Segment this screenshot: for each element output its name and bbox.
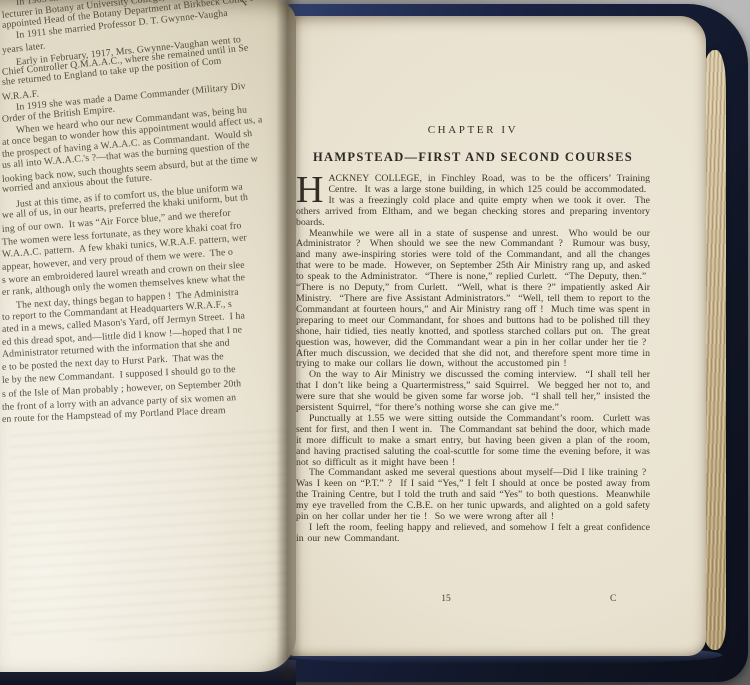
- page-showthrough: [10, 430, 290, 640]
- body-paragraph: HACKNEY COLLEGE, in Finchley Road, was t…: [296, 174, 650, 229]
- body-paragraph: The Commandant asked me several question…: [296, 468, 650, 523]
- page-number: 15: [296, 594, 596, 604]
- page-body: HACKNEY COLLEGE, in Finchley Road, was t…: [296, 174, 650, 545]
- gutter-shadow: [276, 0, 302, 680]
- book-photo: CHAPTER IV HAMPSTEAD—FIRST AND SECOND CO…: [0, 0, 750, 685]
- body-paragraph: I left the room, feeling happy and relie…: [296, 523, 650, 545]
- right-page: CHAPTER IV HAMPSTEAD—FIRST AND SECOND CO…: [288, 16, 706, 656]
- paragraph-text: ACKNEY COLLEGE, in Finchley Road, was to…: [296, 173, 650, 228]
- chapter-title: HAMPSTEAD—FIRST AND SECOND COURSES: [296, 150, 650, 165]
- body-paragraph: Meanwhile we were all in a state of susp…: [296, 229, 650, 371]
- body-paragraph: Punctually at 1.55 we were sitting outsi…: [296, 414, 650, 469]
- left-page: FORCE In 1905 she was Demonstrator at Ro…: [0, 0, 296, 672]
- running-header-fragment: FORCE: [240, 0, 278, 9]
- signature-mark: C: [610, 594, 616, 604]
- chapter-label: CHAPTER IV: [296, 124, 650, 136]
- body-paragraph: On the way to Air Ministry we discussed …: [296, 370, 650, 414]
